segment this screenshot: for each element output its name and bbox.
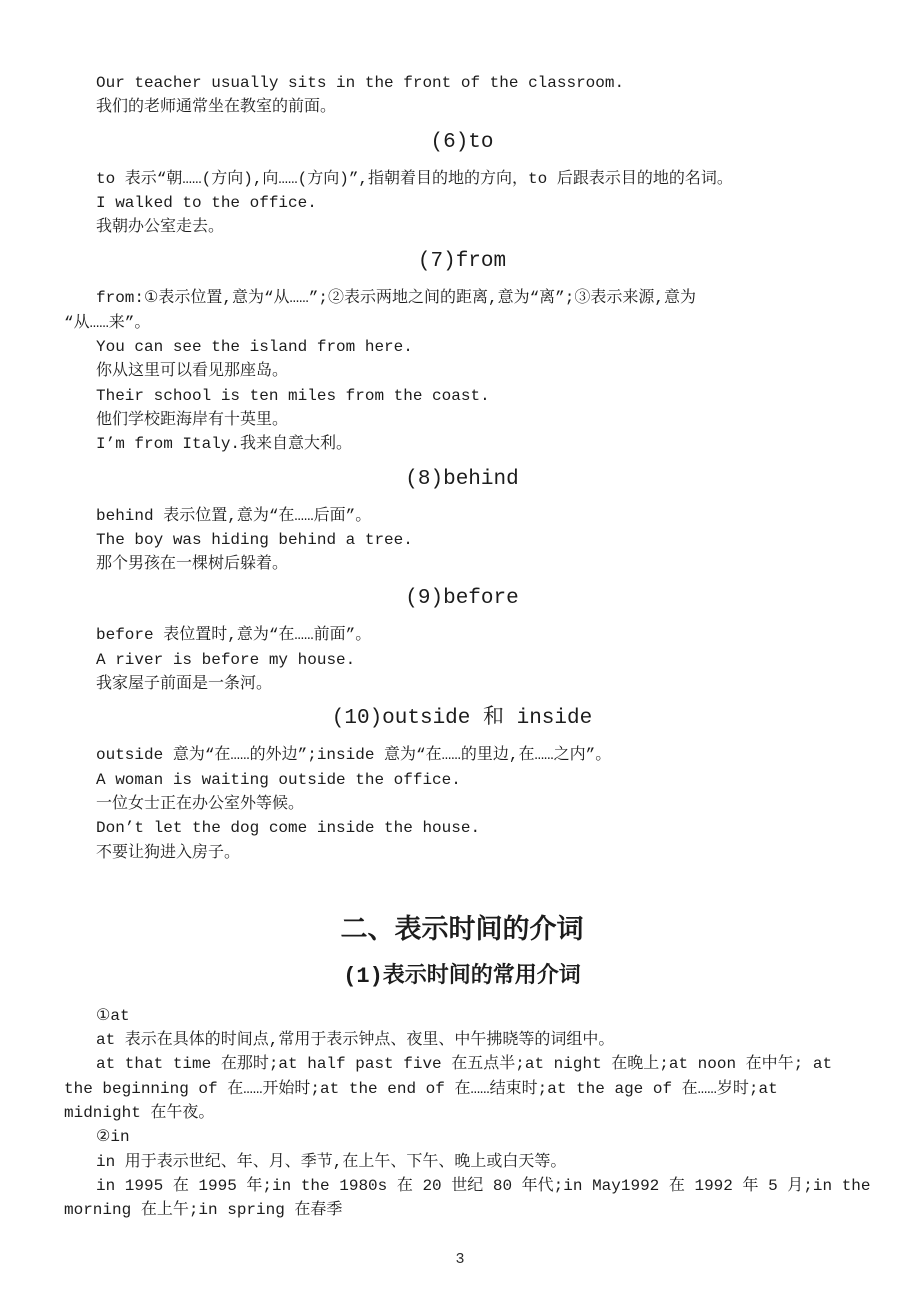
text-line: 他们学校距海岸有十英里。 <box>64 408 860 432</box>
text-line: I walked to the office. <box>64 191 860 215</box>
document-page: Our teacher usually sits in the front of… <box>0 0 920 1302</box>
text-line: ②in <box>64 1125 860 1149</box>
text-line: The boy was hiding behind a tree. <box>64 528 860 552</box>
text-line: from:①表示位置,意为“从……”;②表示两地之间的距离,意为“离”;③表示来… <box>64 286 860 310</box>
text-line: Don’t let the dog come inside the house. <box>64 816 860 840</box>
numbered-heading: (6)to <box>64 129 860 157</box>
text-line: 我朝办公室走去。 <box>64 215 860 239</box>
text-line: ①at <box>64 1004 860 1028</box>
text-line: before 表位置时,意为“在……前面”。 <box>64 623 860 647</box>
text-line: A woman is waiting outside the office. <box>64 768 860 792</box>
text-line-continuation: morning 在上午;in spring 在春季 <box>64 1198 860 1222</box>
page-body: Our teacher usually sits in the front of… <box>64 71 860 1223</box>
numbered-heading: (8)behind <box>64 466 860 494</box>
text-line-continuation: the beginning of 在……开始时;at the end of 在…… <box>64 1077 860 1101</box>
subsection-heading: (1)表示时间的常用介词 <box>64 963 860 991</box>
numbered-heading: (7)from <box>64 248 860 276</box>
numbered-heading: (9)before <box>64 585 860 613</box>
chapter-heading: 二、表示时间的介词 <box>64 915 860 949</box>
text-line: to 表示“朝……(方向),向……(方向)”,指朝着目的地的方向，to 后跟表示… <box>64 167 860 191</box>
text-line: You can see the island from here. <box>64 335 860 359</box>
numbered-heading: (10)outside 和 inside <box>64 705 860 733</box>
page-number: 3 <box>0 1251 920 1268</box>
text-line: in 用于表示世纪、年、月、季节,在上午、下午、晚上或白天等。 <box>64 1150 860 1174</box>
text-line: 不要让狗进入房子。 <box>64 841 860 865</box>
text-line-continuation: midnight 在午夜。 <box>64 1101 860 1125</box>
text-line-continuation: “从……来”。 <box>64 311 860 335</box>
text-line: A river is before my house. <box>64 648 860 672</box>
text-line: I’m from Italy.我来自意大利。 <box>64 432 860 456</box>
text-line: 那个男孩在一棵树后躲着。 <box>64 552 860 576</box>
text-line: outside 意为“在……的外边”;inside 意为“在……的里边,在……之… <box>64 743 860 767</box>
text-line: 你从这里可以看见那座岛。 <box>64 359 860 383</box>
text-line: 我们的老师通常坐在教室的前面。 <box>64 95 860 119</box>
text-line: 我家屋子前面是一条河。 <box>64 672 860 696</box>
text-line: Their school is ten miles from the coast… <box>64 384 860 408</box>
text-line: 一位女士正在办公室外等候。 <box>64 792 860 816</box>
text-line: at that time 在那时;at half past five 在五点半;… <box>64 1052 860 1076</box>
text-line: Our teacher usually sits in the front of… <box>64 71 860 95</box>
text-line: in 1995 在 1995 年;in the 1980s 在 20 世纪 80… <box>64 1174 860 1198</box>
text-line: at 表示在具体的时间点,常用于表示钟点、夜里、中午拂晓等的词组中。 <box>64 1028 860 1052</box>
text-line: behind 表示位置,意为“在……后面”。 <box>64 504 860 528</box>
